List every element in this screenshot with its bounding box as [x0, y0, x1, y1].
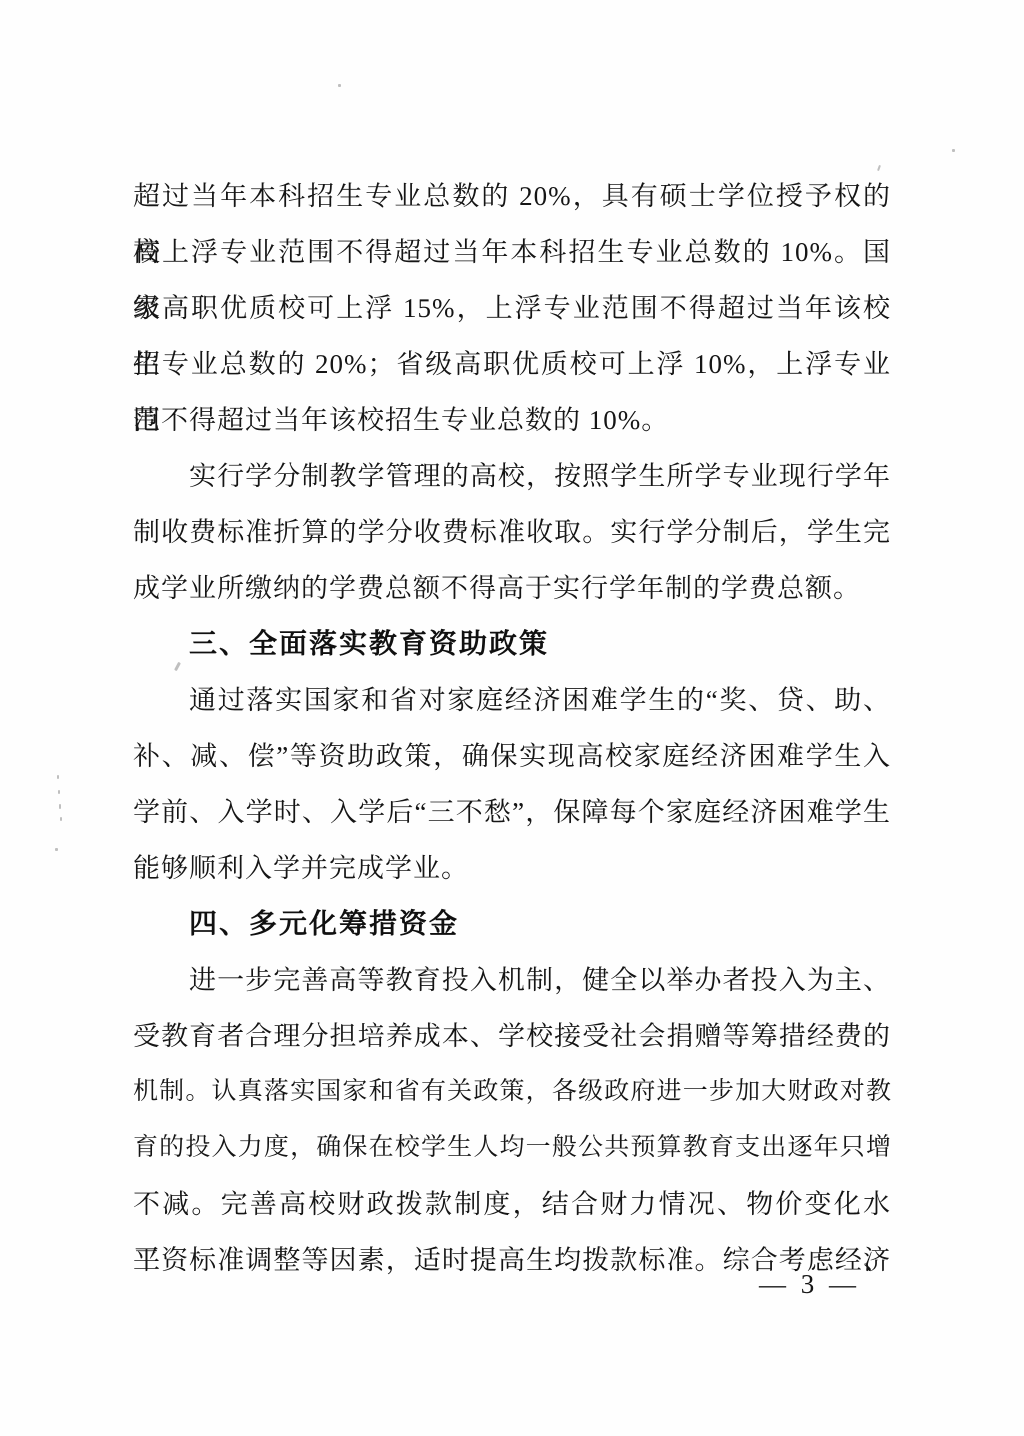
- text-line: 实行学分制教学管理的高校，按照学生所学专业现行学年: [133, 448, 891, 504]
- text-line: 不减。完善高校财政拨款制度，结合财力情况、物价变化水平、: [133, 1176, 891, 1232]
- section-heading-4: 四、多元化筹措资金: [133, 896, 891, 952]
- scan-speck: [60, 817, 62, 821]
- scan-speck: [338, 84, 341, 87]
- text-line: 进一步完善高等教育投入机制，健全以举办者投入为主、: [133, 952, 891, 1008]
- text-line: 超过当年本科招生专业总数的 20%，具有硕士学位授予权的高: [133, 168, 891, 224]
- document-page: 超过当年本科招生专业总数的 20%，具有硕士学位授予权的高 校上浮专业范围不得超…: [0, 0, 1024, 1436]
- text-line: 通过落实国家和省对家庭经济困难学生的“奖、贷、助、: [133, 672, 891, 728]
- scan-speck: [55, 848, 58, 851]
- text-line: 补、减、偿”等资助政策，确保实现高校家庭经济困难学生入: [133, 728, 891, 784]
- text-line: 围不得超过当年该校招生专业总数的 10%。: [133, 392, 891, 448]
- text-line: 育的投入力度，确保在校学生人均一般公共预算教育支出逐年只增: [133, 1120, 891, 1176]
- text-line: 机制。认真落实国家和省有关政策，各级政府进一步加大财政对教: [133, 1064, 891, 1120]
- section-heading-3: 三、全面落实教育资助政策: [133, 616, 891, 672]
- text-line: 生专业总数的 20%；省级高职优质校可上浮 10%，上浮专业范: [133, 336, 891, 392]
- text-line: 成学业所缴纳的学费总额不得高于实行学年制的学费总额。: [133, 560, 891, 616]
- scan-speck: [952, 149, 955, 152]
- text-block: 超过当年本科招生专业总数的 20%，具有硕士学位授予权的高 校上浮专业范围不得超…: [133, 168, 891, 1288]
- text-line: 校上浮专业范围不得超过当年本科招生专业总数的 10%。国家: [133, 224, 891, 280]
- text-line: 学前、入学时、入学后“三不愁”，保障每个家庭经济困难学生: [133, 784, 891, 840]
- text-line: 制收费标准折算的学分收费标准收取。实行学分制后，学生完: [133, 504, 891, 560]
- text-line: 级高职优质校可上浮 15%，上浮专业范围不得超过当年该校招: [133, 280, 891, 336]
- text-line: 受教育者合理分担培养成本、学校接受社会捐赠等筹措经费的: [133, 1008, 891, 1064]
- text-line: 能够顺利入学并完成学业。: [133, 840, 891, 896]
- scan-speck: [57, 775, 59, 779]
- scan-speck: [59, 804, 61, 809]
- scan-speck: [58, 790, 60, 794]
- page-number: — 3 —: [759, 1268, 860, 1300]
